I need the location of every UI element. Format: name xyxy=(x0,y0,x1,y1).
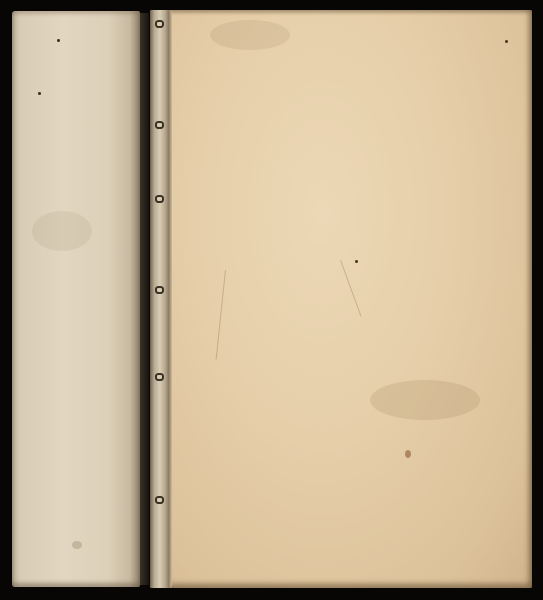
book-spine xyxy=(12,11,140,587)
spine-stain xyxy=(32,211,92,251)
sewing-loop xyxy=(155,20,164,28)
front-cover xyxy=(150,10,532,588)
sewing-loop xyxy=(155,195,164,203)
sewing-loop xyxy=(155,121,164,129)
spine-label-mark xyxy=(72,541,82,549)
spine-stain xyxy=(38,92,41,95)
cover-stain xyxy=(405,450,411,458)
cover-scratch xyxy=(216,270,226,360)
cover-stain xyxy=(370,380,480,420)
sewing-loop xyxy=(155,373,164,381)
sewing-loop xyxy=(155,496,164,504)
sewing-loop xyxy=(155,286,164,294)
book-photograph xyxy=(0,0,543,600)
cover-stain xyxy=(355,260,358,263)
cover-scratch xyxy=(340,260,361,317)
cover-stain xyxy=(210,20,290,50)
cover-stain xyxy=(505,40,508,43)
spine-stain xyxy=(57,39,60,42)
